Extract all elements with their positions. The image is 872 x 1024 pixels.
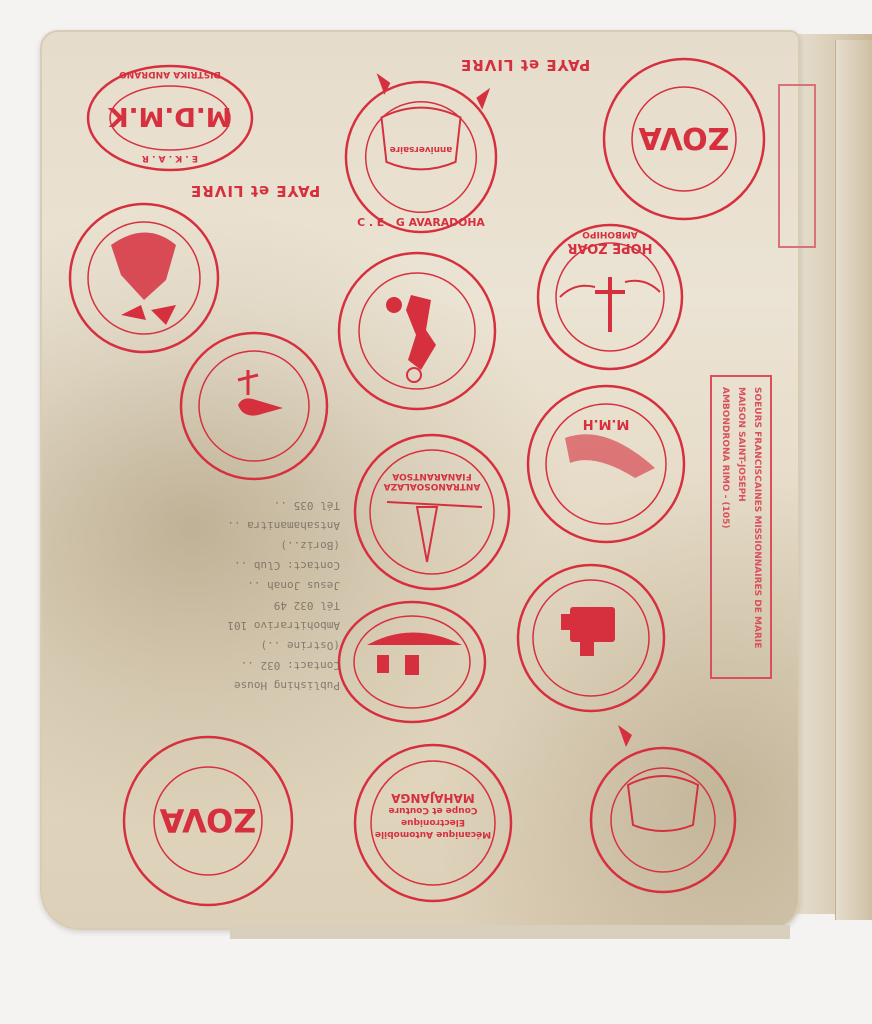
svg-text:HOPE ZOAR: HOPE ZOAR: [567, 240, 652, 255]
svg-text:FIANARANTSOA: FIANARANTSOA: [392, 471, 471, 481]
paye-livre-label: PAYE et LIVRE: [190, 182, 320, 200]
svg-text:anniversaire: anniversaire: [390, 144, 453, 154]
svg-text:ZOVA: ZOVA: [159, 801, 256, 839]
svg-text:Mécanique Automobile: Mécanique Automobile: [375, 829, 491, 840]
svg-text:ANTRANOSOALAZA: ANTRANOSOALAZA: [384, 481, 481, 491]
stamp-ceg-avaradoha: C . E . G AVARADOHA anniversaire: [342, 78, 500, 236]
stamp-soeurs-franciscaines: SOEURS FRANCISCAINES MISSIONNAIRES DE MA…: [710, 375, 772, 679]
svg-text:C . E . G AVARADOHA: C . E . G AVARADOHA: [357, 216, 485, 229]
stamp-zova-top: ZOVA: [600, 55, 768, 223]
svg-text:ZOVA: ZOVA: [638, 120, 730, 155]
stamp-mdmk: M.D.M.K E . K . A . R DISTRIKA ANDRANO: [85, 62, 255, 174]
page-edges: [835, 40, 872, 920]
svg-text:DISTRIKA ANDRANO: DISTRIKA ANDRANO: [119, 69, 221, 79]
svg-text:Electronique: Electronique: [401, 817, 465, 827]
stamp-ceg-avaradoha-bottom: [588, 745, 738, 895]
svg-text:AMBOHIPO: AMBOHIPO: [582, 229, 638, 239]
faded-printed-text: Publishing House Contact: 032 .. (Ostrin…: [230, 495, 340, 695]
stamp-club-sportif-ambohidrapeto: [336, 250, 498, 412]
stamp-fjkm: ANTRANOSOALAZA FIANARANTSOA: [352, 432, 512, 592]
paye-livre-label: PAYE et LIVRE: [460, 56, 590, 74]
stamp-fikambanana: [178, 330, 330, 482]
svg-text:M.D.M.K: M.D.M.K: [108, 101, 232, 131]
stamp-partage-developpement: [337, 600, 487, 725]
svg-text:MAHAJANGA: MAHAJANGA: [391, 791, 475, 805]
stamp-njaka-photo: [515, 562, 667, 714]
stamp-zova-bottom: ZOVA: [120, 733, 296, 909]
page-bottom-edge: [230, 925, 790, 939]
svg-text:M.M.H: M.M.H: [583, 416, 630, 431]
stamp-centre-formation: Mécanique Automobile Electronique Coupe …: [352, 742, 514, 904]
svg-text:E . K . A . R: E . K . A . R: [142, 153, 198, 163]
svg-text:Coupe et Couture: Coupe et Couture: [389, 805, 478, 815]
stamp-small-box: [778, 84, 816, 248]
stamp-hope-zoar: HOPE ZOAR AMBOHIPO: [535, 222, 685, 372]
stamp-marovoay-miray-hina: M.M.H: [525, 383, 687, 545]
